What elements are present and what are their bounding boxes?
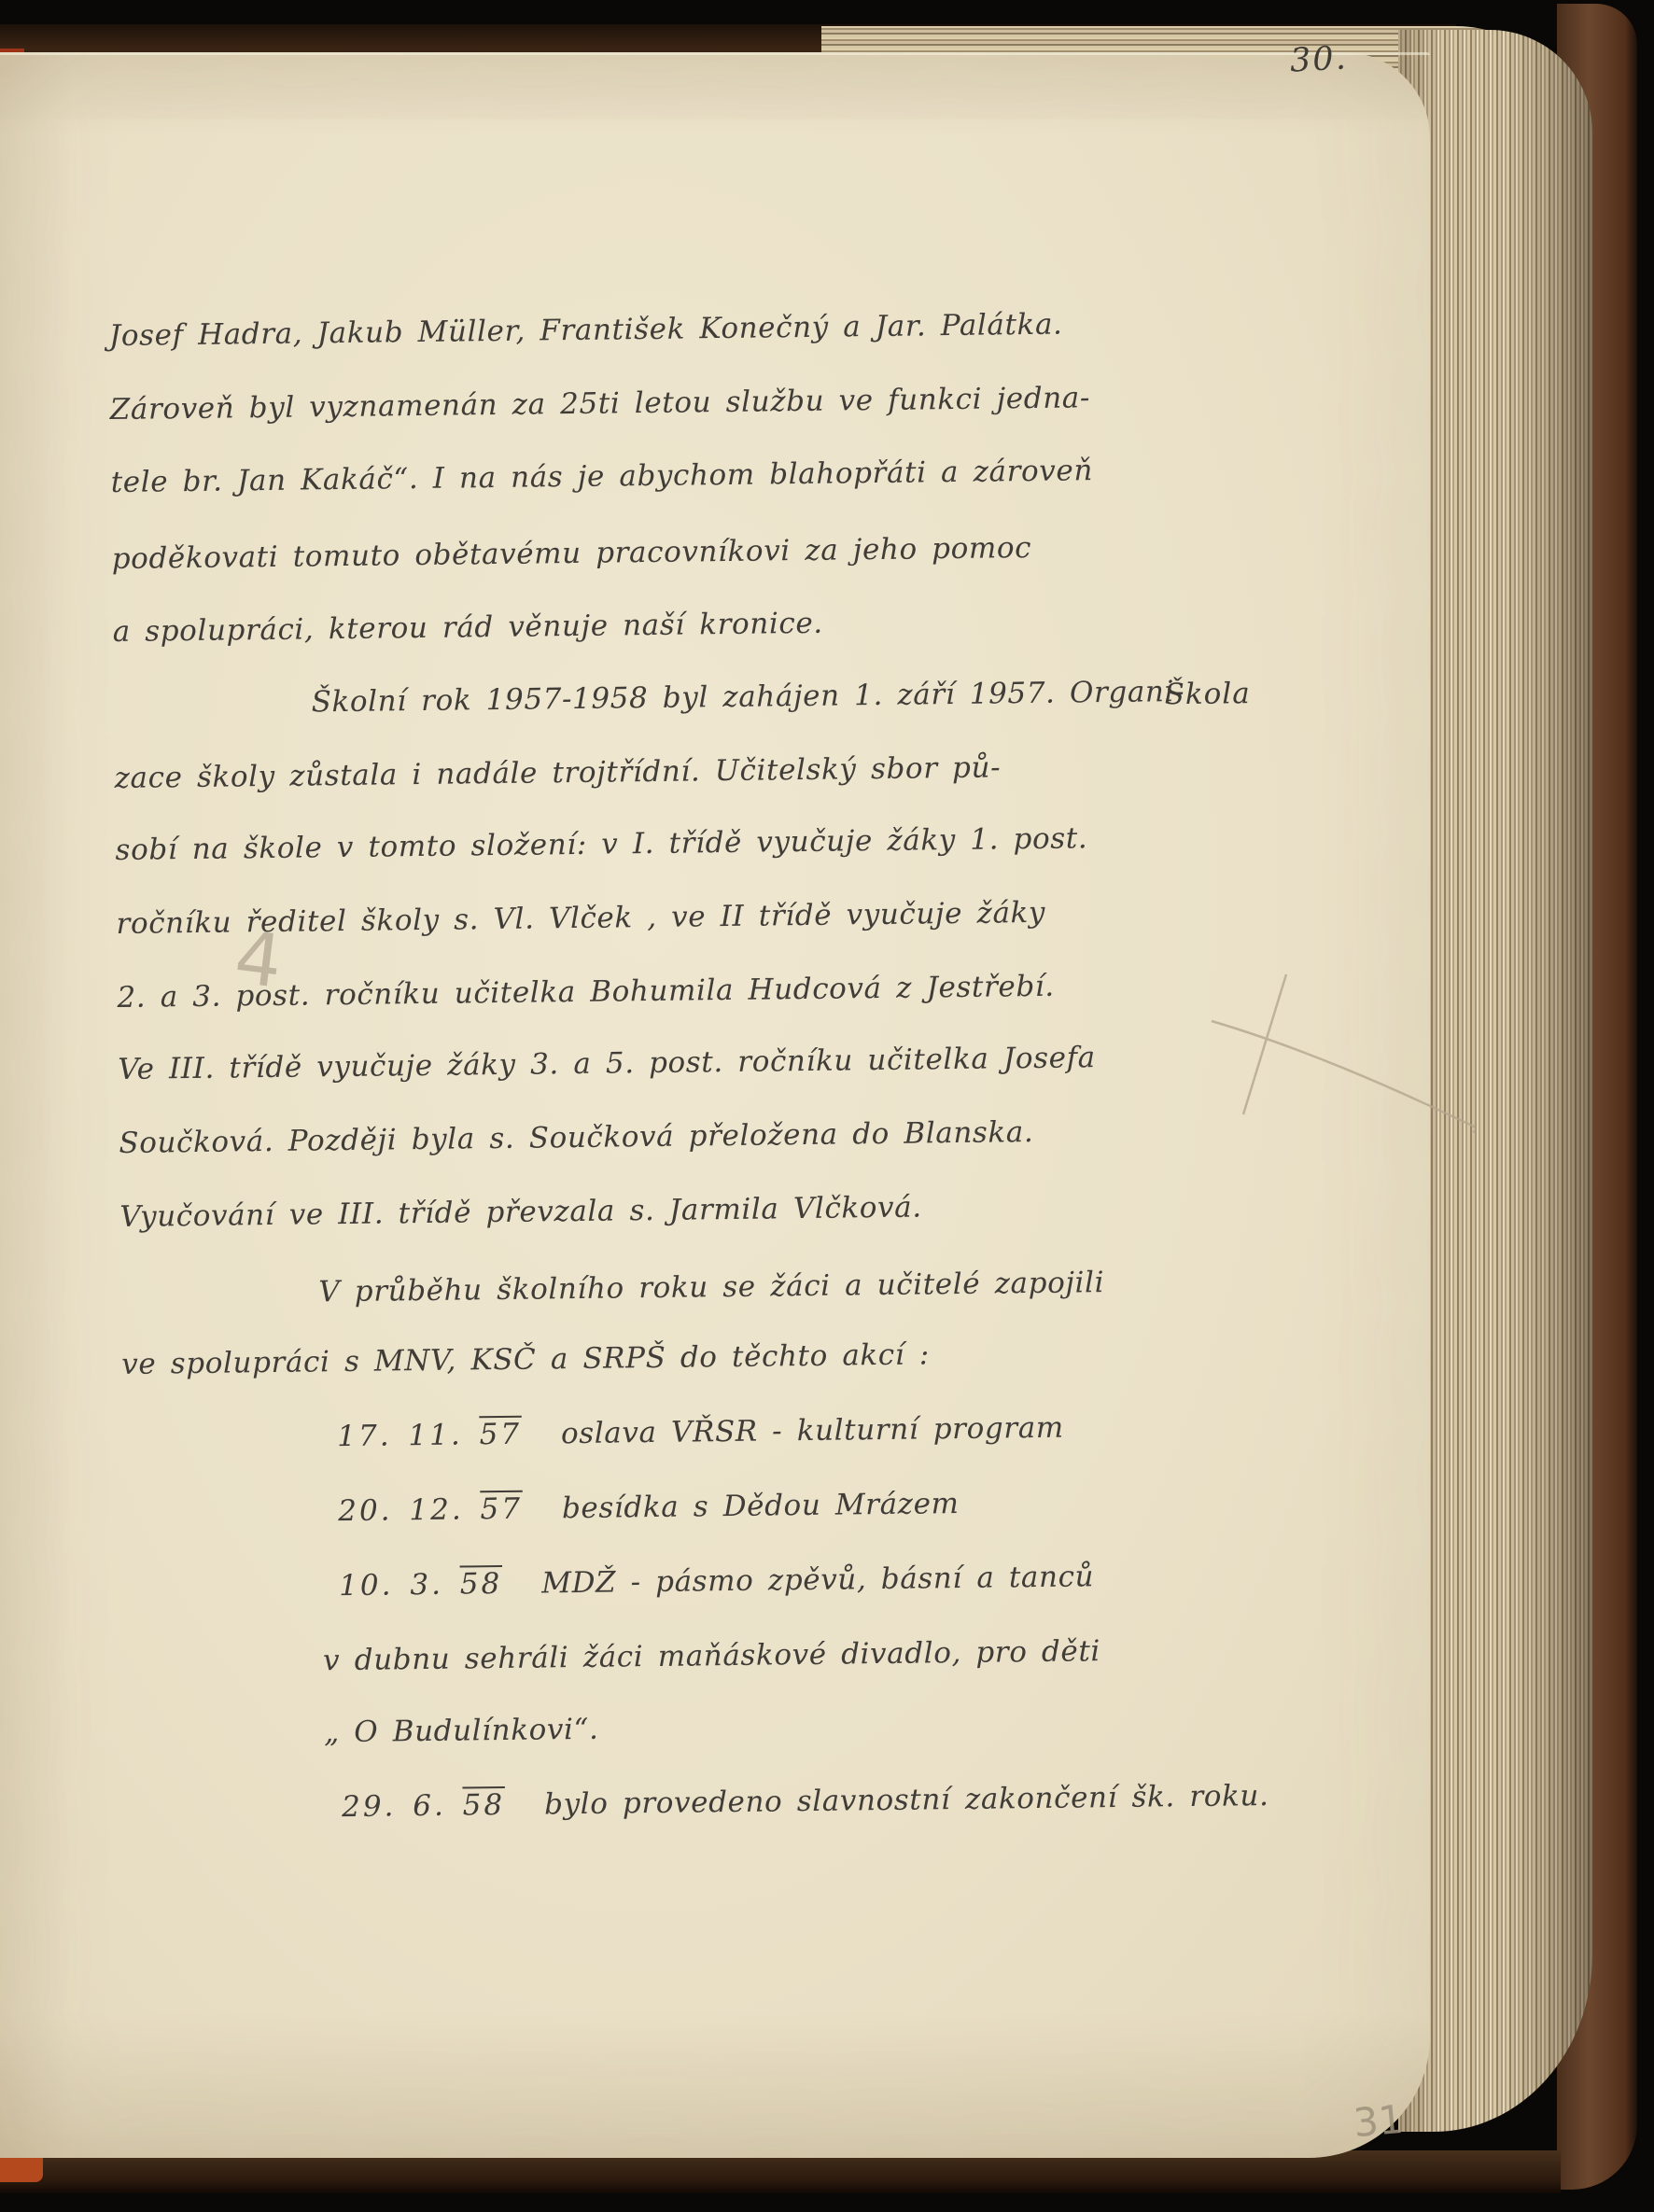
handwritten-event-line: 20. 12. 57besídka s Dědou Mrázem [338, 1487, 960, 1528]
event-date-dm: 29. 6. [342, 1789, 446, 1824]
handwritten-line: Ve III. třídě vyučuje žáky 3. a 5. post.… [118, 1041, 1096, 1086]
event-text: MDŽ - pásmo zpěvů, básní a tanců [541, 1560, 1094, 1600]
chronicle-page: 30. 4 Škola Josef Hadra, Jakub Müller, F… [0, 52, 1430, 2158]
event-text: oslava VŘSR - kulturní program [561, 1411, 1064, 1451]
handwritten-line: v dubnu sehráli žáci maňáskové divadlo, … [323, 1634, 1100, 1677]
line-text: „ O Budulínkovi“. [324, 1713, 599, 1750]
handwritten-line: Součková. Později byla s. Součková přelo… [119, 1115, 1033, 1160]
event-year: 58 [460, 1567, 503, 1602]
line-text: ročníku ředitel školy s. Vl. Vlček , ve … [116, 896, 1045, 941]
event-date: 20. 12. 57 [338, 1492, 523, 1528]
event-date: 10. 3. 58 [339, 1567, 502, 1603]
line-text: poděkovati tomuto obětavému pracovníkovi… [112, 531, 1032, 576]
event-year: 57 [479, 1418, 522, 1452]
line-text: ve spolupráci s MNV, KSČ a SRPŠ do těcht… [121, 1337, 930, 1381]
line-text: v dubnu sehráli žáci maňáskové divadlo, … [323, 1634, 1100, 1677]
book-photo: 30. 4 Škola Josef Hadra, Jakub Müller, F… [0, 0, 1654, 2212]
handwritten-line: tele br. Jan Kakáč“. I na nás je abychom… [111, 454, 1094, 499]
line-text: 2. a 3. post. ročníku učitelka Bohumila … [117, 970, 1055, 1015]
handwritten-event-line: 10. 3. 58MDŽ - pásmo zpěvů, básní a tanc… [339, 1560, 1094, 1603]
handwritten-line: poděkovati tomuto obětavému pracovníkovi… [112, 531, 1032, 576]
handwritten-line: Školní rok 1957-1958 byl zahájen 1. září… [311, 675, 1184, 719]
line-text: Součková. Později byla s. Součková přelo… [119, 1115, 1033, 1160]
handwritten-line: V průběhu školního roku se žáci a učitel… [318, 1266, 1104, 1309]
event-date-dm: 10. 3. [339, 1568, 443, 1603]
handwritten-line: ve spolupráci s MNV, KSČ a SRPŠ do těcht… [121, 1337, 930, 1381]
handwritten-line: ročníku ředitel školy s. Vl. Vlček , ve … [116, 896, 1045, 941]
handwritten-line: sobí na škole v tomto složení: v I. tříd… [115, 821, 1087, 867]
event-text: besídka s Dědou Mrázem [562, 1487, 960, 1525]
line-text: Zároveň byl vyznamenán za 25ti letou slu… [110, 381, 1091, 427]
handwritten-event-line: 17. 11. 57oslava VŘSR - kulturní program [337, 1411, 1064, 1454]
page-number-bottom-pencil: 31 [1352, 2096, 1406, 2146]
handwritten-line: Zároveň byl vyznamenán za 25ti letou slu… [110, 381, 1091, 427]
line-text: Josef Hadra, Jakub Müller, František Kon… [109, 308, 1063, 353]
event-year: 58 [462, 1788, 505, 1823]
handwritten-line: Josef Hadra, Jakub Müller, František Kon… [109, 308, 1063, 353]
event-date: 29. 6. 58 [342, 1788, 505, 1824]
line-text: Vyučování ve III. třídě převzala s. Jarm… [119, 1190, 922, 1233]
handwritten-line: 2. a 3. post. ročníku učitelka Bohumila … [117, 970, 1055, 1015]
handwritten-event-line: 29. 6. 58bylo provedeno slavnostní zakon… [342, 1779, 1269, 1824]
event-date-dm: 20. 12. [338, 1492, 464, 1528]
line-text: Školní rok 1957-1958 byl zahájen 1. září… [311, 675, 1184, 719]
handwritten-line: a spolupráci, kterou rád věnuje naší kro… [112, 607, 822, 649]
handwritten-line: Vyučování ve III. třídě převzala s. Jarm… [119, 1190, 922, 1233]
event-date-dm: 17. 11. [337, 1418, 463, 1453]
line-text: sobí na škole v tomto složení: v I. tříd… [115, 821, 1087, 867]
handwritten-text-block: Škola Josef Hadra, Jakub Müller, Františ… [0, 36, 1451, 2160]
event-text: bylo provedeno slavnostní zakončení šk. … [544, 1779, 1269, 1821]
line-text: V průběhu školního roku se žáci a učitel… [318, 1266, 1104, 1309]
line-text: zace školy zůstala i nadále trojtřídní. … [114, 750, 1001, 795]
event-date: 17. 11. 57 [337, 1418, 522, 1453]
event-year: 57 [480, 1492, 523, 1527]
handwritten-line: zace školy zůstala i nadále trojtřídní. … [114, 750, 1001, 795]
handwritten-line: „ O Budulínkovi“. [324, 1713, 599, 1750]
line-text: a spolupráci, kterou rád věnuje naší kro… [112, 607, 822, 649]
line-text: Ve III. třídě vyučuje žáky 3. a 5. post.… [118, 1041, 1096, 1086]
line-text: tele br. Jan Kakáč“. I na nás je abychom… [111, 454, 1094, 499]
